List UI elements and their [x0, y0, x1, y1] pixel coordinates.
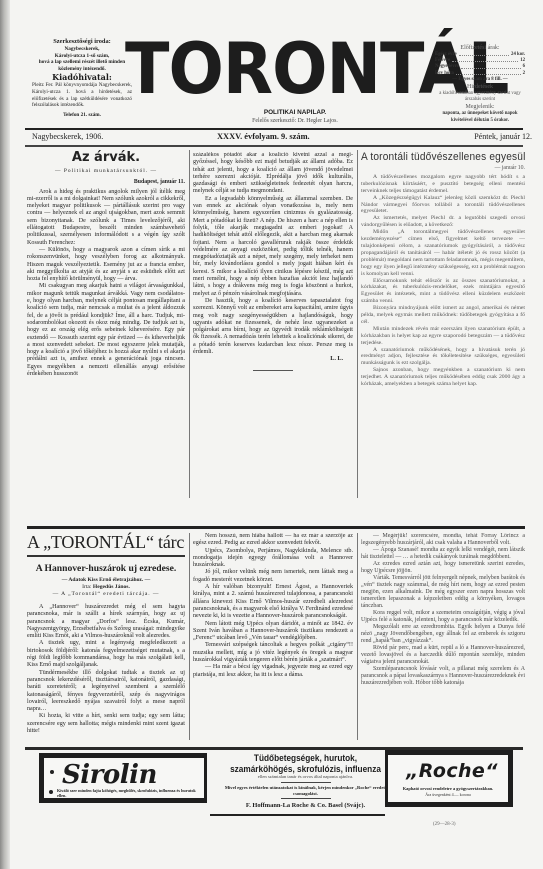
ad-company: F. Hoffmann-La Roche & Co. Basel (Svájc)… — [218, 801, 393, 810]
ad-reference-number: (29—28-3) — [433, 822, 456, 827]
ad-subline: ellen számtalan tanár és orvos által nap… — [218, 774, 393, 780]
column-divider — [357, 150, 358, 498]
ad-divider — [281, 782, 331, 783]
feuilleton-column: A „TORONTÁL“ tárcája. A Hannover-huszáro… — [27, 531, 185, 743]
ad-roche-line1: Kapható orvosi rendeletre a gyógyszertár… — [392, 786, 504, 792]
bullet-dot-icon — [49, 790, 53, 794]
place-year: Nagybecskerek, 1906. — [32, 131, 103, 143]
paragraph: Előcsarnokunk tehát először is az összes… — [361, 278, 525, 306]
bullet-dot-icon — [50, 770, 54, 774]
paragraph: Jó jól, mikor velünk még nem ismertek, n… — [193, 569, 353, 584]
feuilleton-rule — [27, 555, 185, 557]
paragraph: Az ismertetés, melyet Piechl dr. a legut… — [361, 215, 525, 229]
masthead: Szerkesztőségi iroda: Nagybecskerek, Kár… — [10, 0, 543, 127]
volume-issue: XXXV. évfolyam. 9. szám. — [217, 131, 310, 143]
paragraph: Megszólalt erre az ezredtrombita. Egyik … — [361, 624, 525, 645]
ads-heading: Hirdetések — [435, 83, 525, 91]
paragraph: Mi csakugyan meg akarjuk hatni a világot… — [27, 283, 185, 378]
paragraph: Arok a hideg és praktikus angolok milyen… — [27, 189, 185, 247]
ads-text: a kiadóhivatalban egyezmény szerint vagy… — [435, 91, 525, 103]
paragraph: Az ezredes ezred aztán azt, hogy ismeret… — [361, 561, 525, 575]
day-date: Péntek, január 12. — [474, 131, 532, 143]
page-edge-shadow — [0, 0, 10, 869]
paragraph: — Különös, hogy a magyarok azon a címen … — [27, 247, 185, 283]
masthead-right-info: Előfizetési árak: Egész évre24 kor. Félé… — [435, 44, 525, 124]
editorial-office-heading: Szerkesztőségi iroda: — [32, 38, 132, 46]
phone-number: Telefon 21. szám. — [32, 112, 132, 119]
feuilleton-author-line: Irta: Hegedüs János. — [27, 584, 185, 591]
paragraph: — Ápoga Szanasé! mondta az egyik lelki v… — [361, 547, 525, 561]
feuilleton-section-title: A „TORONTÁL“ tárcája. — [27, 531, 185, 553]
paragraph: A hír valóban bizonyult! Ernest Ágost, a… — [193, 584, 353, 620]
paragraph: Ujpécs, Zsombolya, Perjámos, Nagykikinda… — [193, 548, 353, 570]
paragraph: A tisztek ugy, mint a legénység megfeled… — [27, 640, 185, 669]
column-divider — [189, 150, 190, 498]
ad-warning: Mivel egyes értéktelen utánzatokat is kí… — [218, 785, 393, 796]
ad-brand-roche: „Roche“ — [398, 759, 506, 783]
article-arvak: Az árvák. — Politikai munkatársunktól. —… — [27, 150, 185, 498]
feuilleton-title: A Hannover-huszárok uj ezredese. — [27, 563, 185, 575]
ad-headline: Tüdőbetegségek, hurutok, szamárköhögés, … — [229, 752, 383, 774]
paragraph: Bizonyára mindnyájunk előtt ismert az an… — [361, 305, 525, 326]
paragraph: Nem látott még Ujpécs olyan dáridót, a m… — [193, 621, 353, 643]
article-tudo: A torontáli tüdővészellenes egyesület. —… — [361, 150, 525, 498]
publisher-text: Pleitz Fer. Pál könyvnyomdája Nagybecske… — [32, 82, 132, 108]
newspaper-subtitle: POLITIKAI NAPILAP. — [180, 109, 410, 116]
section-rule — [27, 526, 525, 529]
dateline: Nagybecskerek, 1906. XXXV. évfolyam. 9. … — [32, 131, 532, 143]
ad-roche: „Roche“ Kapható orvosi rendeletre a gyóg… — [385, 750, 513, 807]
feuilleton-column-right: — Megérjük! szerencsére, mondta, tehát F… — [361, 533, 525, 743]
column-divider — [189, 533, 190, 740]
ad-sirolin: Sirolin Kiváló szer minden fajta köhögés… — [39, 753, 207, 803]
paragraph: — Ha már a bécsi így vigadnak, jegyezte … — [193, 664, 353, 679]
paragraph: A szanatóriumok működésének, hogy a hiva… — [361, 347, 525, 368]
paragraph: A tüdővészellenes mozgalom egyre nagyobb… — [361, 174, 525, 195]
editorial-address: Károlyi-utcza 1-ső szám, — [32, 53, 132, 60]
paragraph: Miután mindezek révén már ezerszám ilyen… — [361, 326, 525, 347]
column-divider — [357, 533, 358, 740]
publication-text: naponta, az ünnepeket követő napok kivét… — [435, 111, 525, 123]
editorial-note: hová a lap szellemi részét illető minden… — [32, 59, 132, 72]
paragraph: Ki hozta, ki vitte a hírt, senki sem tud… — [27, 713, 185, 735]
paragraph: százalékos pótadót akar a koalíció kivet… — [193, 152, 353, 196]
author-signature: L. L. — [193, 356, 353, 363]
prices-heading: Előfizetési árak: — [435, 44, 525, 52]
feuilleton-column-middle: Nem hosszú, nem hiába hallott — ha ez má… — [193, 533, 353, 743]
ad-roche-line2: Ára üvegenként 4.— korona — [392, 792, 504, 797]
paragraph: Tündérmesékbe illő dolgokat tudtak a tis… — [27, 670, 185, 714]
editorial-city: Nagybecskerek, — [32, 46, 132, 53]
article-title: Az árvák. — [27, 150, 185, 166]
paragraph: — Megérjük! szerencsére, mondta, tehát F… — [361, 533, 525, 547]
newspaper-page: Szerkesztőségi iroda: Nagybecskerek, Kár… — [10, 0, 543, 869]
paragraph: A „Hannover“ huszárezredet még el sem ha… — [27, 604, 185, 640]
ad-divider — [281, 798, 331, 799]
newspaper-title: TORONTÁL — [125, 32, 399, 107]
paragraph: A „Közegészségügyi Kalauz“ jelenleg közl… — [361, 195, 525, 216]
editor-line: Felelős szerkesztő: Dr. Hegler Lajos. — [180, 118, 410, 124]
end-rule — [253, 370, 293, 371]
paragraph: Várták. Temesvárról jött felnyergelt nép… — [361, 575, 525, 610]
publication-heading: Megjelenik: — [435, 103, 525, 111]
ad-brand-sirolin: Sirolin — [62, 760, 157, 790]
paragraph: Rövid pár perc, mad a kürt, repül a ló a… — [361, 645, 525, 666]
article-dateline: — január 10. — [361, 165, 525, 172]
paragraph: Temesvári szépségek táncoltak a hegyes p… — [193, 642, 353, 664]
paragraph: Nem hosszú, nem hiába hallott — ha ez má… — [193, 533, 353, 548]
article-title: A torontáli tüdővészellenes egyesület. — [361, 150, 512, 164]
article-subtitle: — Politikai munkatársunktól. — — [27, 168, 185, 175]
dateline-rule — [25, 145, 523, 147]
masthead-left-info: Szerkesztőségi iroda: Nagybecskerek, Kár… — [32, 38, 132, 118]
ad-roche-copy: Tüdőbetegségek, hurutok, szamárköhögés, … — [218, 752, 393, 814]
feuilleton-origin: — A „Torontál“ eredeti tárcája. — — [27, 591, 185, 598]
paragraph: Szemléparancsnok lóvásár volt, a pillana… — [361, 666, 525, 687]
masthead-rule — [25, 128, 523, 130]
publisher-heading: Kiadóhivatal: — [32, 72, 132, 82]
ad-sirolin-text: Kiváló szer minden fajta köhögés, meghűl… — [57, 788, 197, 798]
paragraph: Sajnos azonban, hogy megyénkben a szanat… — [361, 367, 525, 388]
article-dateline: Budapest, január 11. — [27, 179, 185, 186]
article-arvak-continued: százalékos pótadót akar a koalíció kivet… — [193, 152, 353, 498]
paragraph: Kora reggel volt, mikor a szemeteim orsz… — [361, 610, 525, 624]
paragraph: Midőn „A torontálmegyei tüdővészellenes … — [361, 229, 525, 277]
paragraph: De hasztik, hogy a koalíció keserves tap… — [193, 298, 353, 356]
paragraph: Ez a legvadabb könnyelműség az állammal … — [193, 196, 353, 298]
feuilleton-dedication: — Adatok Kiss Ernő életrajzához. — — [27, 577, 185, 584]
ad-bottom-rule — [210, 814, 385, 816]
author-name: Hegedüs János. — [93, 584, 130, 590]
